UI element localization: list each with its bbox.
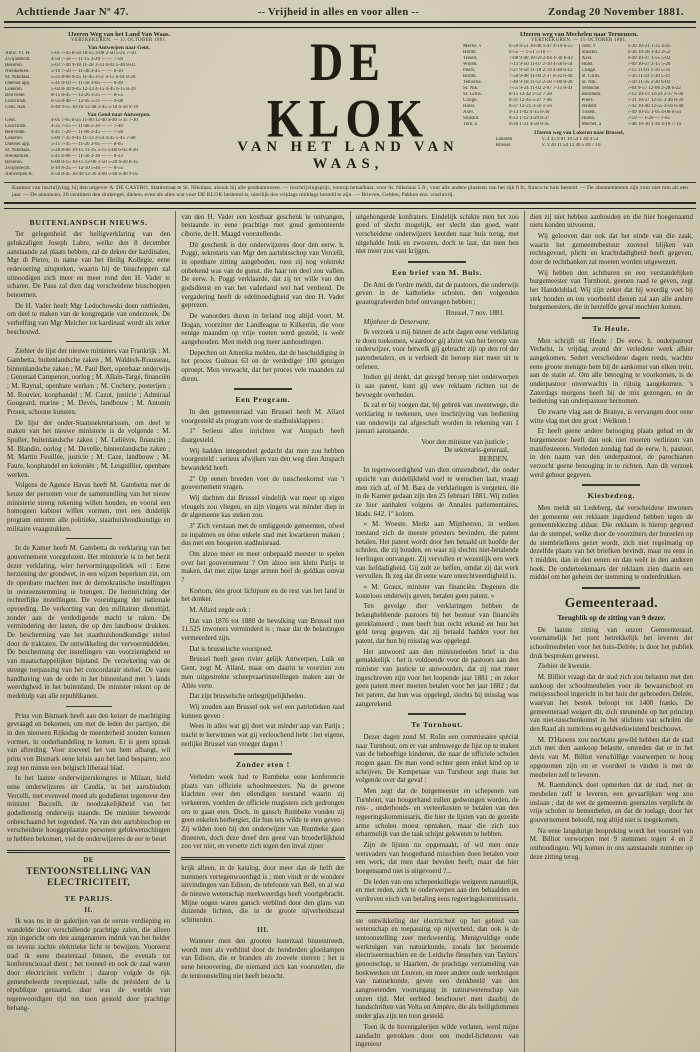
signature: Voor den minister van justicie : De sekr…: [356, 438, 519, 463]
paragraph: De Ami de l'ordre meldt, dat de pastoors…: [356, 281, 519, 307]
salutation: Mijnheer de Deservant,: [356, 318, 519, 327]
article-heading: Te Heule.: [530, 324, 693, 334]
paragraph: In den gemeenteraad van Brussel heeft M.…: [181, 408, 344, 425]
schedule-title: IJzeren weg van Lokeren naar Brussel,: [463, 130, 695, 137]
paragraph: dien zij niet hebben aanhouden en die hi…: [530, 213, 693, 230]
paragraph: Dat van 1876 tot 1880 de bevolking van B…: [181, 617, 344, 643]
paragraph: De zwarte vlag aan de Branye, is vervang…: [530, 408, 693, 425]
schedule-subcolumns: Meche. v6-50 8-51 10-48 1-47 4-10 6-55Ho…: [463, 44, 695, 128]
paragraph: De lijst der onder-Staatssekretarissen, …: [7, 419, 170, 480]
motto: -- Vrijheid in alles en voor allen --: [258, 7, 419, 18]
station-name: Gent. Aan.: [5, 105, 51, 111]
article-heading: TE PARIJS.: [7, 894, 170, 904]
paragraph: Wij hadden integendeel gedacht dat men z…: [181, 447, 344, 473]
paragraph: Brussel heeft geen rivier gelijk Antwerp…: [181, 655, 344, 690]
paragraph: De leden van ons schepenkollegie weigere…: [356, 878, 519, 904]
article-heading: Gemeenteraad.: [530, 595, 693, 612]
schedule-note: * Deze treinen nemen geen reizigers aan.: [5, 179, 233, 180]
paragraph: Prins von Bismark heeft aan den keizer d…: [7, 712, 170, 773]
paragraph: Men meldt uit Ledeberg, dat verscheidene…: [530, 504, 693, 582]
article-heading: III.: [181, 927, 344, 935]
schedule-rows-mechelen-terneuzen: Meche. v6-50 8-51 10-48 1-47 4-10 6-55Ho…: [463, 44, 577, 128]
paragraph: De wanorders duren in Ierland nog altijd…: [181, 312, 344, 347]
schedule-rows-gent-antwerpen: Gent.4-05 7-05 8-25 11-00 12-40 4-40 5-3…: [5, 118, 233, 178]
article-heading: BUITENLANDSCH NIEUWS.: [7, 218, 170, 228]
schedule-row: Antwerpen A.6-50 8-45 10-40 12-30 4-00 5…: [5, 172, 233, 178]
departure-times: 6-50 8-45 10-40 12-30 4-00 5-40 6-40 9-0…: [51, 172, 233, 178]
departure-times: 9-26 1-21 4-50 8-45: [509, 122, 577, 128]
paragraph: Volgens de Agence Havas heeft M. Gambett…: [7, 481, 170, 533]
top-rule: [4, 21, 696, 28]
article-heading: Een brief van M. Buls.: [356, 268, 519, 278]
article-heading: Zonder eten !: [181, 760, 344, 770]
article-divider: [408, 713, 466, 715]
article-heading: Kiesbedrog.: [530, 491, 693, 501]
schedule-title: IJzeren weg van Mechelen naar Terneuzen.: [463, 31, 695, 38]
paragraph: krijk alleen, in de katalog, door meer d…: [181, 864, 344, 925]
paragraph: ste ontwikkeling der electriciteit op he…: [356, 917, 519, 1021]
paragraph: Ziehier de kwestie.: [530, 662, 693, 671]
article-divider: [582, 587, 640, 589]
masthead-topbar: Achttiende Jaar Nº 47. -- Vrijheid in al…: [0, 0, 700, 20]
paragraph: Kortom, één groot lichtpunt en de rest v…: [181, 587, 344, 604]
paragraph: De laatste zitting van onzen Gemeenteraa…: [530, 626, 693, 661]
paragraph: M. Allard zegde ook :: [181, 606, 344, 615]
schedule-row: Mechel. a7-48 10-30 1-30 4-18 7-14: [582, 122, 696, 128]
article-heading: II.: [7, 907, 170, 915]
paragraph: van den H. Vader een kostbaar geschenk t…: [181, 213, 344, 239]
departure-times: 7-48 10-30 1-30 4-18 7-14: [628, 122, 696, 128]
paragraph: Ter gelegenheid der heiligverklaring van…: [7, 230, 170, 299]
news-column-4: dien zij niet hebben aanhouden en die hi…: [524, 211, 698, 1052]
paragraph: Dit geschenk is der onderwijzeres door d…: [181, 241, 344, 310]
paragraph: M. Raemdonck doet opmerken dat de stad, …: [530, 781, 693, 824]
issue-date: Zondag 20 November 1881.: [548, 6, 684, 18]
paragraph: Ik was nu in de galerijen van de eerste …: [7, 917, 170, 1012]
departure-times: 6-40 9-55 10-10 12-48 3-45 5-10 6-50 9-1…: [51, 105, 233, 111]
paragraph: Wees in alles wat gij doet wat minder aa…: [181, 722, 344, 748]
section-rule: [356, 910, 519, 913]
header-bottom-rule: [4, 202, 696, 209]
paragraph: 1º Serieus alles inrichten wat Anspach h…: [181, 427, 344, 444]
paragraph: Wij hebben den achtbaren en een verstand…: [530, 269, 693, 312]
paragraph: In de Kamer heeft M. Gambetta de verklar…: [7, 544, 170, 700]
body-columns: BUITENLANDSCH NIEUWS.Ter gelegenheid der…: [0, 209, 700, 1052]
station-name: Antwerpen A.: [5, 172, 51, 178]
news-column-2: van den H. Vader een kostbaar geschenk t…: [175, 211, 349, 1052]
paragraph: M. Billiot vraagt dat de stad zich zou b…: [530, 673, 693, 734]
article-divider: [582, 484, 640, 486]
paragraph: Ten gevolge dier verklaringen hebben de …: [356, 602, 519, 645]
departure-times: V. 9 20 11 54 12 40 5 09 7 10: [541, 143, 662, 149]
edition-number: Achttiende Jaar Nº 47.: [16, 6, 129, 18]
schedule-rows-terneuzen-mechelen: Tern. v6-30 10-21 1-35 4-45Sluiskil.6-38…: [579, 44, 696, 128]
paragraph: In tegenwoordigheid van dien omzendbrief…: [356, 466, 519, 518]
station-name: Brussel: [495, 143, 541, 149]
train-schedule-left: IJzeren Weg van het Land Van Waas. VERTR…: [3, 30, 235, 180]
paragraph: Wij dachten dat Brussel eindelijk wat me…: [181, 494, 344, 520]
paragraph: Ziehier de lijst der nieuwe ministers va…: [7, 347, 170, 416]
paragraph: Er heeft geene andere betooging plaats g…: [530, 427, 693, 479]
paragraph: 2º Op eenen breeden voet de tusschenkoms…: [181, 475, 344, 492]
paragraph: In het laatste onderwijzerskongres te Mi…: [7, 774, 170, 843]
publisher-notice: Kantoor van inschrijving, bij den uitgev…: [4, 182, 696, 201]
article-heading: DE: [7, 857, 170, 865]
paragraph: « M. Woeste. Merkt aan Mijnheeren, in we…: [356, 520, 519, 581]
paragraph: Wij gelooven dan ook dat het einde van d…: [530, 232, 693, 267]
paragraph: Na eene langdurige bespreking wordt het …: [530, 827, 693, 862]
paragraph: Ik zal er bij voegen dat, bij gebrek van…: [356, 401, 519, 436]
article-divider: [66, 341, 112, 342]
paragraph: Dat is brusselsche voorspoed.: [181, 645, 344, 654]
schedule-row: BrusselV. 9 20 11 54 12 40 5 09 7 10: [495, 143, 662, 149]
paragraph: Wij zouden aan Brussel ook wel een patri…: [181, 703, 344, 720]
newspaper-title: DE KLOK: [235, 34, 461, 148]
article-subheading: Terugblik op de zitting van 9 dezer.: [530, 614, 693, 623]
page-header: IJzeren Weg van het Land Van Waas. VERTR…: [0, 28, 700, 180]
train-schedule-right: IJzeren weg van Mechelen naar Terneuzen.…: [461, 30, 697, 180]
paragraph: Men schrijft uit Heule : De eerw. h. ond…: [530, 337, 693, 406]
article-divider: [66, 538, 112, 539]
schedule-rows-lokeren-brussel: LokerenV. 4 35 9 01 10 54 1 49 4 53Bruss…: [463, 137, 695, 149]
paragraph: Dat zijn brusselsche onbegrijpelijkheden…: [181, 692, 344, 701]
schedule-lokeren-brussel: IJzeren weg van Lokeren naar Brussel, Lo…: [463, 130, 695, 149]
paragraph: Toen ik de hovengalerijen wilde verlaten…: [356, 1023, 519, 1049]
schedule-row: Tern. a9-26 1-21 4-50 8-45: [463, 122, 577, 128]
schedule-title: IJzeren Weg van het Land Van Waas.: [5, 31, 233, 38]
section-rule: [181, 857, 344, 860]
paragraph: « M. Graux, minister van financiën. Dege…: [356, 583, 519, 600]
article-divider: [234, 753, 292, 755]
paragraph: De H. Vader heeft Mgr Ledochowski doen o…: [7, 302, 170, 337]
paragraph: Ik verzoek u mij binnen de acht dagen ee…: [356, 328, 519, 371]
schedule-subtitle: VERTREKUREN. — 15 OCTOBER 1881.: [5, 38, 233, 44]
paragraph: Zijn de lijsten nu opgemaakt, of wil men…: [356, 841, 519, 876]
paragraph: Het antwoord aan den ministerieelen brie…: [356, 648, 519, 709]
news-column-1: BUITENLANDSCH NIEUWS.Ter gelegenheid der…: [2, 211, 175, 1052]
article-heading: TENTOONSTELLING VAN ELECTRICITEIT,: [7, 867, 170, 889]
article-heading: Te Turnhout.: [356, 720, 519, 730]
article-heading: Een Program.: [181, 395, 344, 405]
article-divider: [408, 261, 466, 263]
article-divider: [66, 706, 112, 707]
paragraph: Men zegt dat de burgemeester en schepene…: [356, 787, 519, 839]
dateline: Brussel, 7 nov. 1881.: [356, 309, 519, 318]
station-name: Tern. a: [463, 122, 509, 128]
paragraph: Indien gij denkt, dat gezegd beroep niet…: [356, 373, 519, 399]
article-divider: [582, 317, 640, 319]
paragraph: uitgehongerde konfraters. Eindelijk schi…: [356, 213, 519, 256]
paragraph: M. D'Hanens zou nochtans gewild hebben d…: [530, 736, 693, 779]
schedule-row: Gent. Aan.6-40 9-55 10-10 12-48 3-45 5-1…: [5, 105, 233, 111]
paragraph: Om alzoo meer en meer onbepaald meester …: [181, 550, 344, 585]
paragraph: Wanneer men den grooten lusterzaal binne…: [181, 937, 344, 980]
schedule-rows-antwerpen-gent: Antw. Vl. H.5-05 7-45 8-50 10-55 3-08 2-…: [5, 51, 233, 111]
paragraph: Dezer dagen zond M. Rolin een commissair…: [356, 733, 519, 785]
paragraph: 3º Zich verstaan met de omliggende gemee…: [181, 522, 344, 548]
section-rule: [7, 850, 170, 853]
news-column-3: uitgehongerde konfraters. Eindelijk schi…: [350, 211, 524, 1052]
article-divider: [234, 388, 292, 390]
station-name: Mechel. a: [582, 122, 628, 128]
paragraph: Verleden week had te Rumbeke eene konfer…: [181, 773, 344, 851]
paragraph: Depechen uit Amerika melden, dat de besc…: [181, 349, 344, 384]
masthead: DE KLOK VAN HET LAND VAN WAAS, WEEKBLAD …: [235, 30, 461, 180]
newspaper-page: Achttiende Jaar Nº 47. -- Vrijheid in al…: [0, 0, 700, 1052]
